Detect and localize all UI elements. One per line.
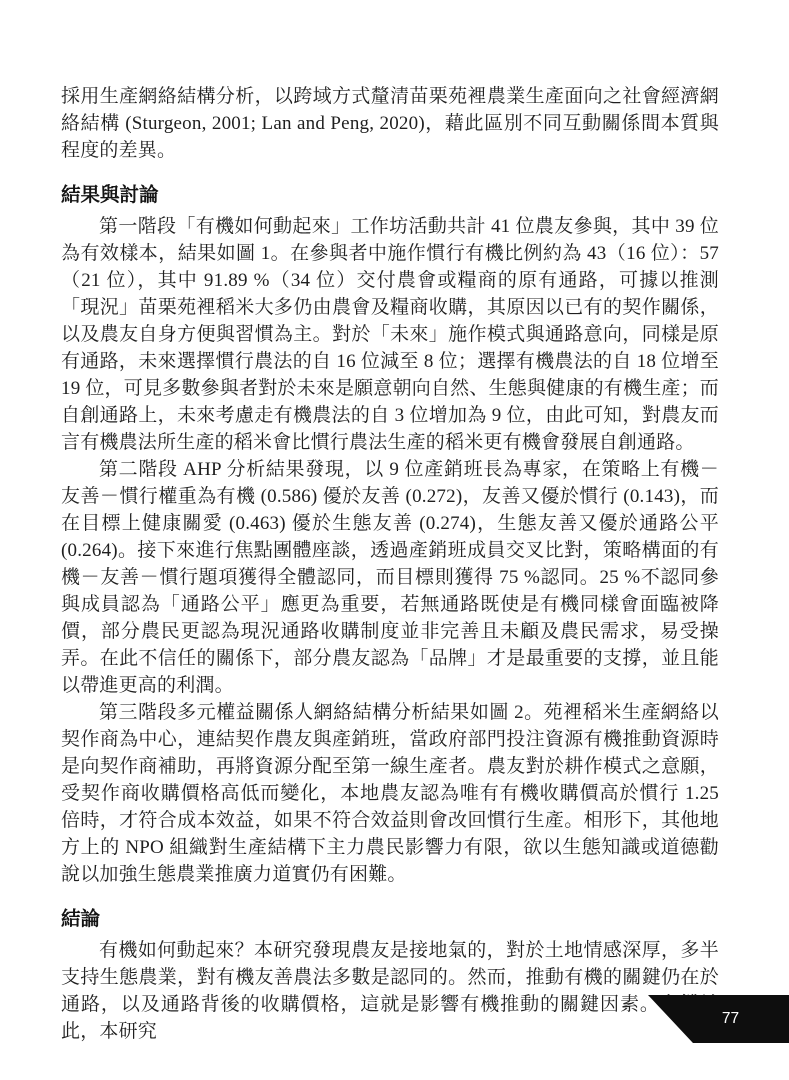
- page-number: 77: [722, 1010, 739, 1028]
- results-paragraph-2: 第二階段 AHP 分析結果發現，以 9 位產銷班長為專家，在策略上有機－友善－慣…: [61, 456, 719, 699]
- results-paragraph-1: 第一階段「有機如何動起來」工作坊活動共計 41 位農友參與，其中 39 位為有效…: [61, 213, 719, 456]
- conclusion-paragraph: 有機如何動起來？本研究發現農友是接地氣的，對於土地情感深厚，多半支持生態農業，對…: [61, 937, 719, 1045]
- section-heading-conclusion: 結論: [61, 906, 719, 933]
- section-heading-results: 結果與討論: [61, 182, 719, 209]
- paper-page: 採用生產網絡結構分析，以跨域方式釐清苗栗苑裡農業生產面向之社會經濟網絡結構 (S…: [0, 0, 789, 1080]
- intro-paragraph: 採用生產網絡結構分析，以跨域方式釐清苗栗苑裡農業生產面向之社會經濟網絡結構 (S…: [61, 83, 719, 164]
- page-content: 採用生產網絡結構分析，以跨域方式釐清苗栗苑裡農業生產面向之社會經濟網絡結構 (S…: [61, 83, 719, 1045]
- results-paragraph-3: 第三階段多元權益關係人網絡結構分析結果如圖 2。苑裡稻米生產網絡以契作商為中心，…: [61, 699, 719, 888]
